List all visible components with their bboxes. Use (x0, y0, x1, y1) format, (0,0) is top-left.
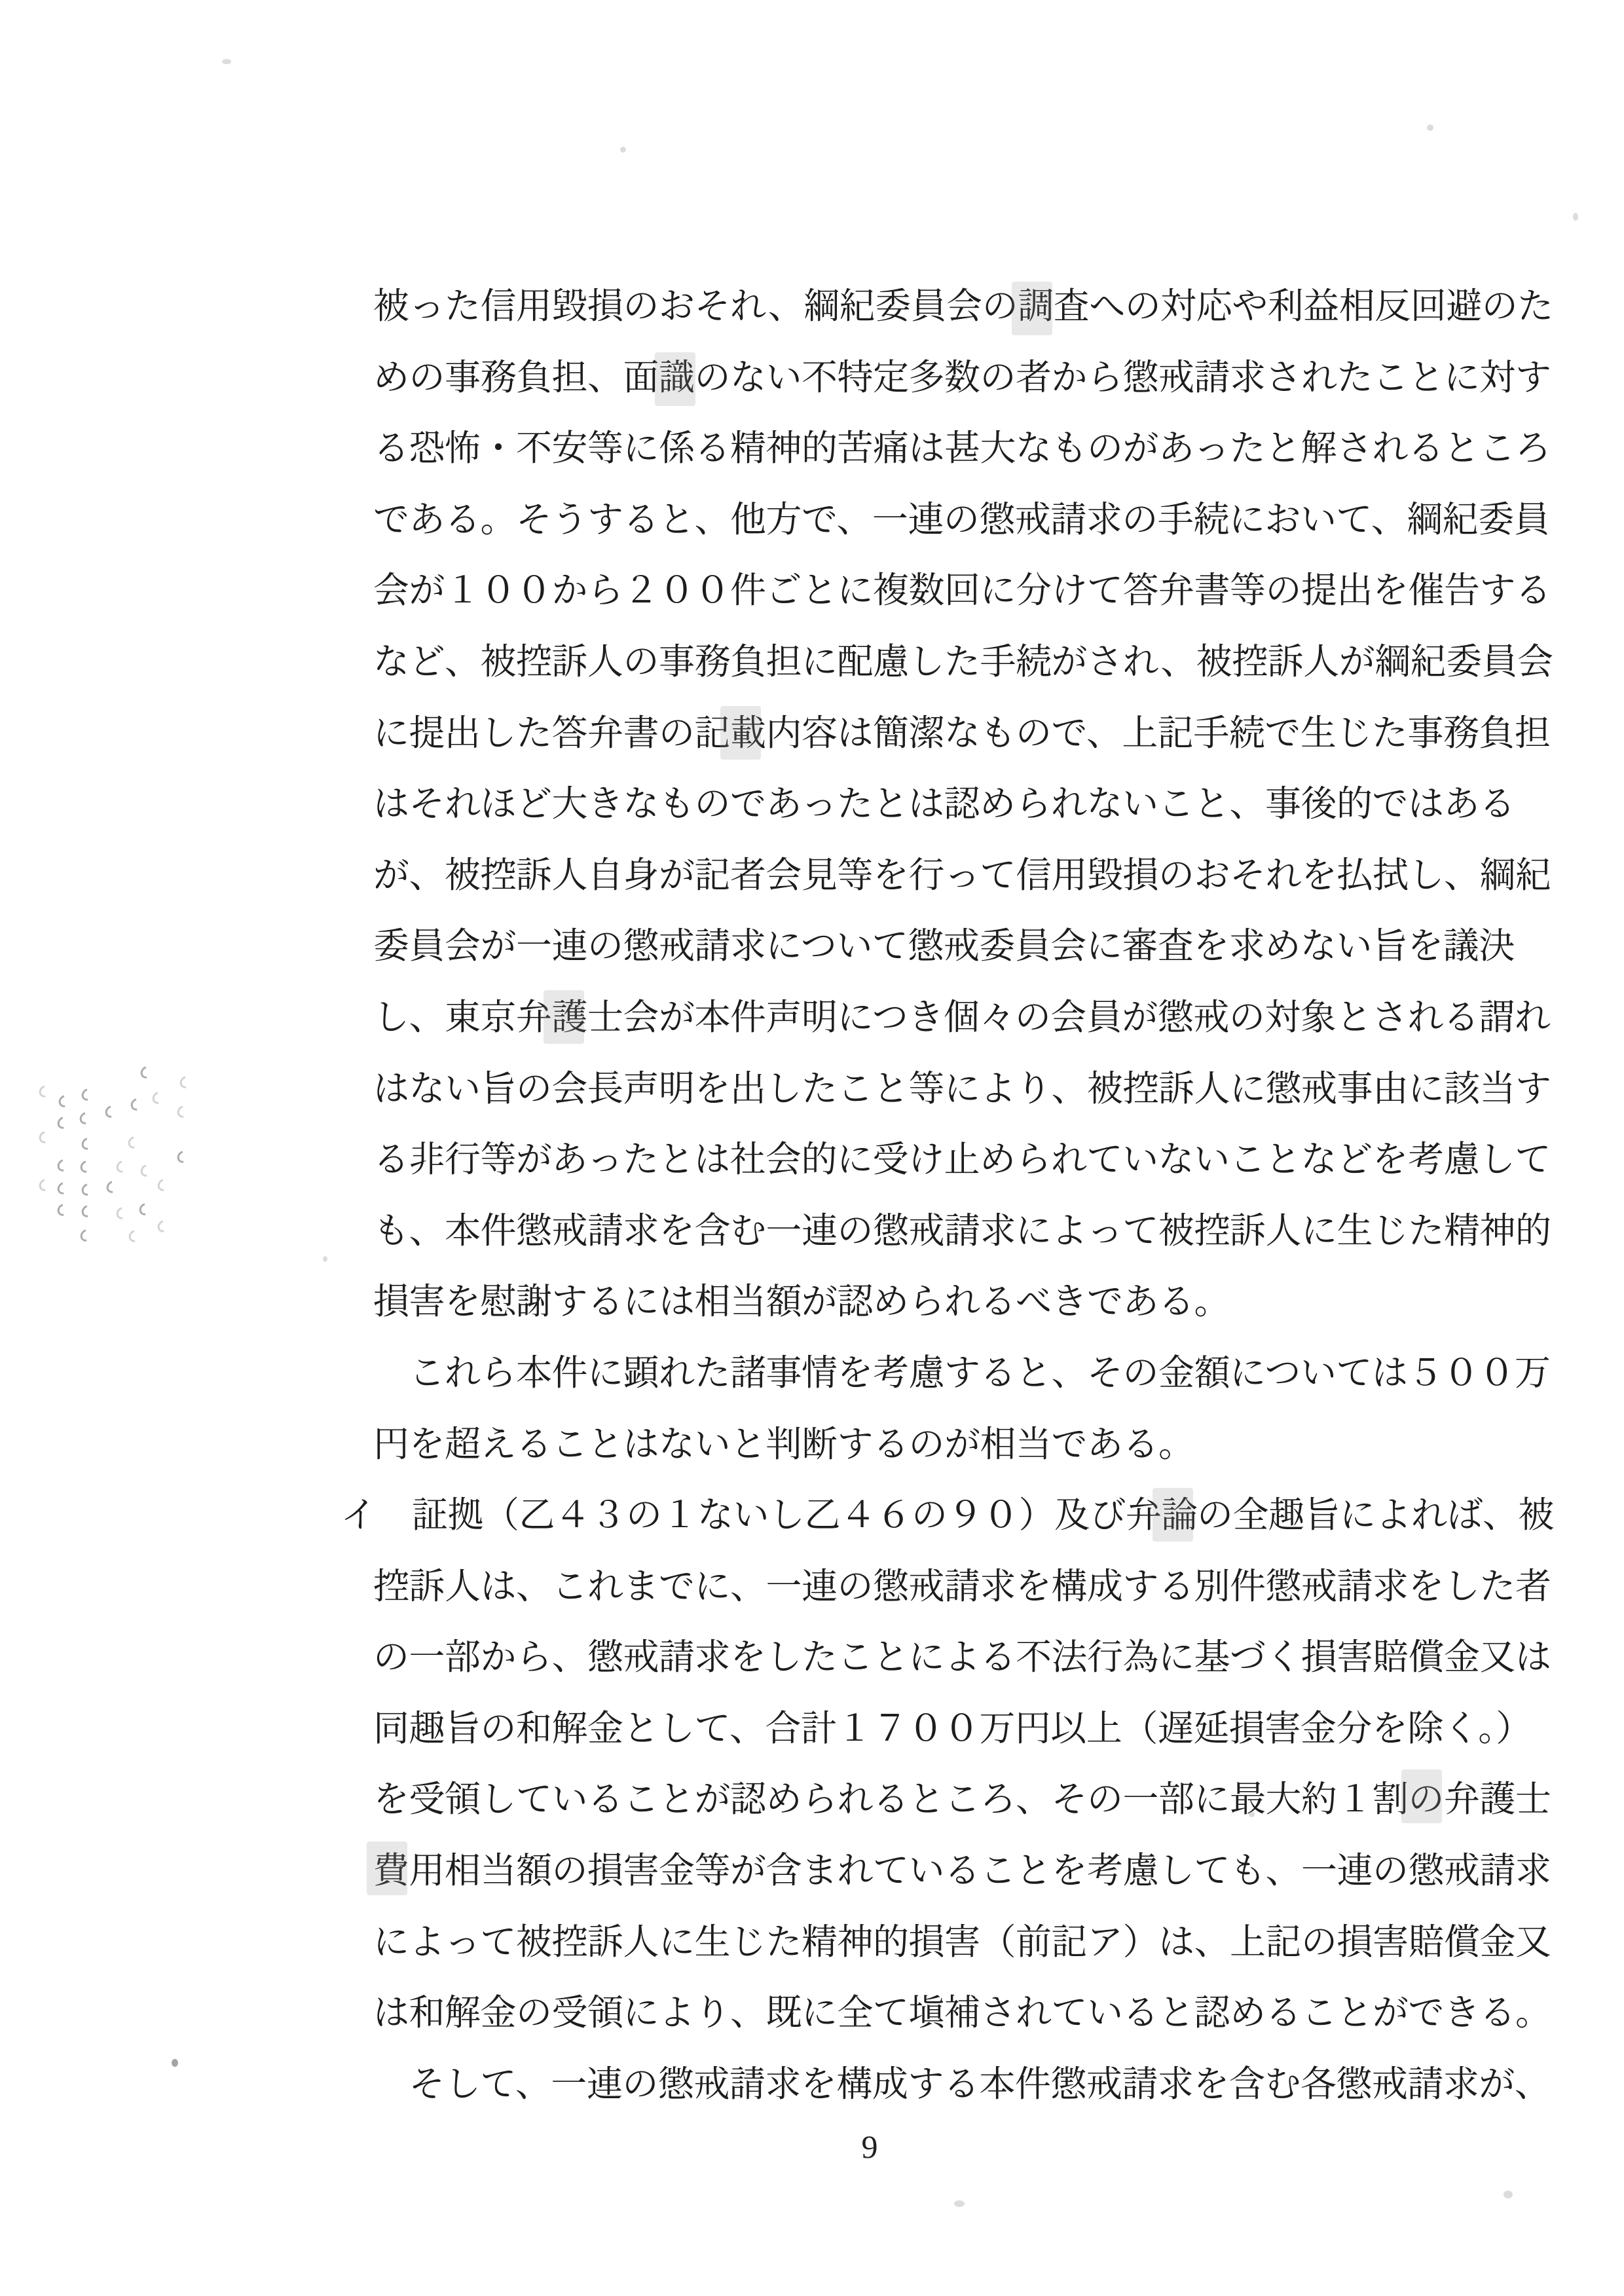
text-line: これら本件に顕れた諸事情を考慮すると、その金額については５００万 (341, 1338, 1598, 1409)
text-line: 被った信用毀損のおそれ、綱紀委員会の調査への対応や利益相反回避のた (341, 271, 1598, 343)
text-line: る恐怖・不安等に係る精神的苦痛は甚大なものがあったと解されるところ (341, 413, 1598, 485)
text-line: イ 証拠（乙４３の１ないし乙４６の９０）及び弁論の全趣旨によれば、被 (341, 1480, 1598, 1551)
text-line: によって被控訴人に生じた精神的損害（前記ア）は、上記の損害賠償金又 (341, 1907, 1598, 1978)
text-line: めの事務負担、面識のない不特定多数の者から懲戒請求されたことに対す (341, 343, 1598, 414)
judgment-text-block: 被った信用毀損のおそれ、綱紀委員会の調査への対応や利益相反回避のための事務負担、… (341, 271, 1598, 2120)
text-line: 委員会が一連の懲戒請求について懲戒委員会に審査を求めない旨を議決 (341, 911, 1598, 982)
text-line: が、被控訴人自身が記者会見等を行って信用毀損のおそれを払拭し、綱紀 (341, 840, 1598, 912)
text-line: 円を超えることはないと判断するのが相当である。 (341, 1409, 1598, 1481)
text-line: はそれほど大きなものであったとは認められないこと、事後的ではある (341, 769, 1598, 840)
text-line: し、東京弁護士会が本件声明につき個々の会員が懲戒の対象とされる謂れ (341, 982, 1598, 1054)
text-line: である。そうすると、他方で、一連の懲戒請求の手続において、綱紀委員 (341, 485, 1598, 556)
text-line: 同趣旨の和解金として、合計１７００万円以上（遅延損害金分を除く。） (341, 1694, 1598, 1765)
scanned-court-document-page: 被った信用毀損のおそれ、綱紀委員会の調査への対応や利益相反回避のための事務負担、… (0, 0, 1624, 2296)
text-line: はない旨の会長声明を出したこと等により、被控訴人に懲戒事由に該当す (341, 1054, 1598, 1125)
page-number: 9 (811, 2127, 929, 2166)
text-line: の一部から、懲戒請求をしたことによる不法行為に基づく損害賠償金又は (341, 1622, 1598, 1694)
text-line: る非行等があったとは社会的に受け止められていないことなどを考慮して (341, 1124, 1598, 1196)
text-line: そして、一連の懲戒請求を構成する本件懲戒請求を含む各懲戒請求が、 (341, 2049, 1598, 2120)
text-line: 会が１００から２００件ごとに複数回に分けて答弁書等の提出を催告する (341, 555, 1598, 627)
text-line: 損害を慰謝するには相当額が認められるべきである。 (341, 1267, 1598, 1338)
text-line: 控訴人は、これまでに、一連の懲戒請求を構成する別件懲戒請求をした者 (341, 1551, 1598, 1623)
text-line: も、本件懲戒請求を含む一連の懲戒請求によって被控訴人に生じた精神的 (341, 1196, 1598, 1267)
text-line: は和解金の受領により、既に全て塡補されていると認めることができる。 (341, 1978, 1598, 2049)
text-line: 費用相当額の損害金等が含まれていることを考慮しても、一連の懲戒請求 (341, 1836, 1598, 1907)
text-line: など、被控訴人の事務負担に配慮した手続がされ、被控訴人が綱紀委員会 (341, 627, 1598, 698)
text-line: に提出した答弁書の記載内容は簡潔なもので、上記手続で生じた事務負担 (341, 698, 1598, 769)
